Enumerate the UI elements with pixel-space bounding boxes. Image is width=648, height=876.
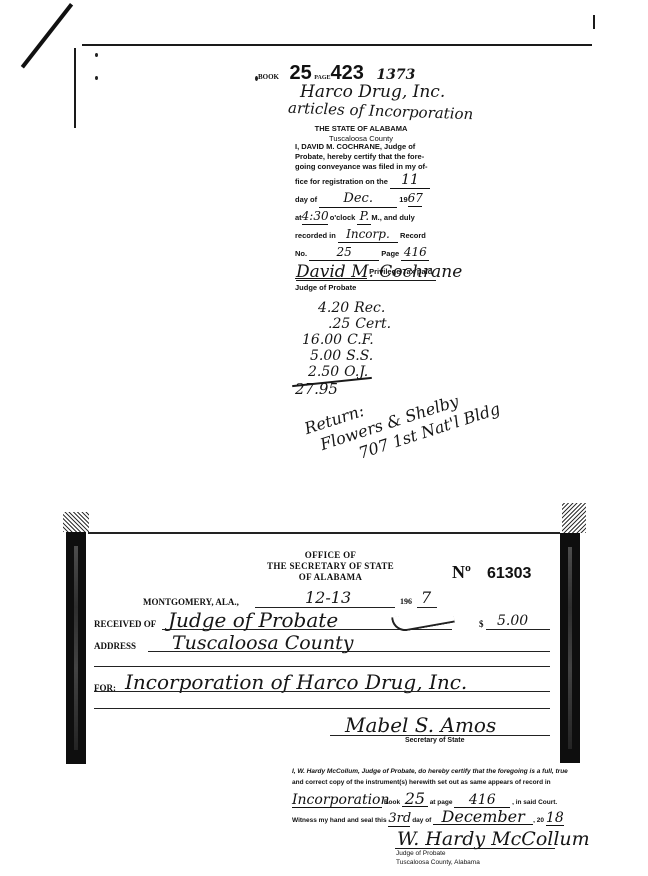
year-rule: [417, 607, 437, 608]
receipt-right-bar-top-noise: [562, 503, 586, 533]
receipt-heading: OFFICE OF THE SECRETARY OF STATE OF ALAB…: [248, 550, 413, 583]
day-field: 11: [390, 172, 430, 189]
amount-rule: [486, 629, 550, 630]
instrument-number: 1373: [376, 67, 415, 83]
office-line-1: OFFICE OF: [248, 550, 413, 561]
fee-amount: 2.50: [308, 364, 339, 380]
witness-day-field: 3rd: [388, 812, 410, 827]
address-label: ADDRESS: [94, 641, 136, 651]
probate-title: Judge of Probate Tuscaloosa County, Alab…: [396, 849, 480, 867]
receipt-number: Nº 61303: [452, 562, 531, 583]
record-page-field: 416: [401, 244, 429, 261]
fee-code: Rec.: [354, 300, 385, 316]
fee-amount: 4.20: [318, 300, 349, 316]
secretary-signature: Mabel S. Amos: [345, 713, 496, 737]
book-number: 25: [290, 62, 312, 84]
office-line-2: THE SECRETARY OF STATE: [248, 561, 413, 572]
fee-code: C.F.: [347, 332, 374, 348]
year-prefix: 19: [399, 195, 407, 204]
recorded-in-label: recorded in: [295, 231, 336, 240]
time-field: 4:30: [302, 208, 328, 225]
number-value: 61303: [487, 565, 532, 582]
certification-line-2: and correct copy of the instrument(s) he…: [292, 779, 551, 786]
for-top-rule: [94, 666, 550, 667]
secretary-title: Secretary of State: [405, 736, 465, 746]
probate-judge-signature: W. Hardy McCollum: [397, 828, 590, 850]
address-value: Tuscaloosa County: [172, 632, 354, 654]
month-field: Dec.: [319, 191, 397, 208]
cert-book-label: Book: [384, 799, 400, 806]
state-heading: THE STATE OF ALABAMA: [306, 123, 416, 134]
left-border-line: [74, 48, 76, 128]
record-label: Record: [400, 231, 426, 240]
ampm-field: P.: [357, 208, 371, 225]
judge-signature: David M. Cochrane: [296, 262, 462, 282]
cert-book-field: 25: [402, 792, 428, 807]
handwritten-title-line2: articles of Incorporation: [288, 99, 474, 123]
received-of-value: Judge of Probate: [168, 608, 338, 632]
receipt-date: 12-13: [305, 588, 351, 607]
fee-row: 16.00C.F.: [302, 332, 410, 348]
probate-title-line-2: Tuscaloosa County, Alabama: [396, 858, 480, 867]
cert-line-3: going conveyance was filed in my of-: [295, 162, 445, 172]
recording-certificate: THE STATE OF ALABAMA Tuscaloosa County: [296, 123, 416, 143]
city-label: MONTGOMERY, ALA.,: [143, 597, 239, 607]
fee-row: 4.20Rec.: [318, 300, 410, 316]
record-number-field: 25: [309, 244, 379, 261]
amount-value: 5.00: [497, 613, 528, 629]
fee-amount: .25: [328, 316, 350, 332]
fee-code: Cert.: [355, 316, 391, 332]
cert-court-suffix: , in said Court.: [512, 799, 557, 806]
witness-day-of-label: day of: [412, 817, 431, 824]
folded-corner-mark: [21, 3, 73, 69]
fee-amount: 5.00: [310, 348, 341, 364]
fees-list: 4.20Rec..25Cert.16.00C.F.5.00S.S.2.50O.J…: [300, 300, 410, 380]
witness-year-field: 18: [546, 811, 564, 826]
page-number: 423: [331, 62, 364, 84]
receipt-right-bar: [560, 533, 580, 763]
receipt-left-bar: [66, 532, 86, 764]
page-label-2: Page: [381, 249, 399, 258]
cert-page-label: at page: [430, 799, 453, 806]
for-rule: [94, 691, 550, 692]
duly-label: M., and duly: [371, 213, 414, 222]
witness-year-prefix: , 20: [533, 817, 544, 824]
office-line-3: OF ALABAMA: [248, 572, 413, 583]
year-field: 67: [408, 190, 422, 207]
recording-certificate-body: I, DAVID M. COCHRANE, Judge of Probate, …: [295, 142, 445, 280]
fee-amount: 16.00: [302, 332, 342, 348]
day-of-label: day of: [295, 195, 317, 204]
receipt-year: 7: [421, 588, 431, 607]
receipt-top-rule: [88, 532, 560, 534]
receipt-year-prefix: 196: [400, 597, 412, 606]
cert-line-4: fice for registration on the: [295, 177, 388, 186]
page-label: PAGE: [314, 75, 330, 81]
oclock-label: o'clock: [330, 213, 356, 222]
received-of-label: RECEIVED OF: [94, 619, 156, 629]
top-border-line: [82, 44, 592, 46]
recorded-in-field: Incorp.: [338, 226, 398, 243]
cert-line-1: I, DAVID M. COCHRANE, Judge of: [295, 142, 445, 152]
judge-title: Judge of Probate: [295, 281, 356, 295]
certification-line-1: I, W. Hardy McCollum, Judge of Probate, …: [292, 768, 568, 775]
receipt-left-bar-top-noise: [63, 512, 89, 532]
time-prefix: at: [295, 213, 302, 222]
number-label: Nº: [452, 562, 471, 582]
probate-title-line-1: Judge of Probate: [396, 849, 480, 858]
fee-row: 5.00S.S.: [310, 348, 410, 364]
for-bottom-rule: [94, 708, 550, 709]
no-label: No.: [295, 249, 307, 258]
fees-total: 27.95: [295, 380, 338, 398]
certification-witness-line: Witness my hand and seal this 3rd day of…: [292, 810, 564, 828]
book-label: BOOK: [258, 73, 279, 81]
fee-code: S.S.: [346, 348, 373, 364]
record-type-field: Incorporation: [292, 793, 382, 808]
fee-row: .25Cert.: [328, 316, 410, 332]
witness-month-field: December: [433, 810, 533, 825]
amount-prefix: $: [479, 619, 484, 629]
right-edge-tick: [593, 15, 595, 29]
cert-line-2: Probate, hereby certify that the fore-: [295, 152, 445, 162]
cert-page-field: 416: [454, 793, 510, 808]
witness-label: Witness my hand and seal this: [292, 817, 387, 824]
